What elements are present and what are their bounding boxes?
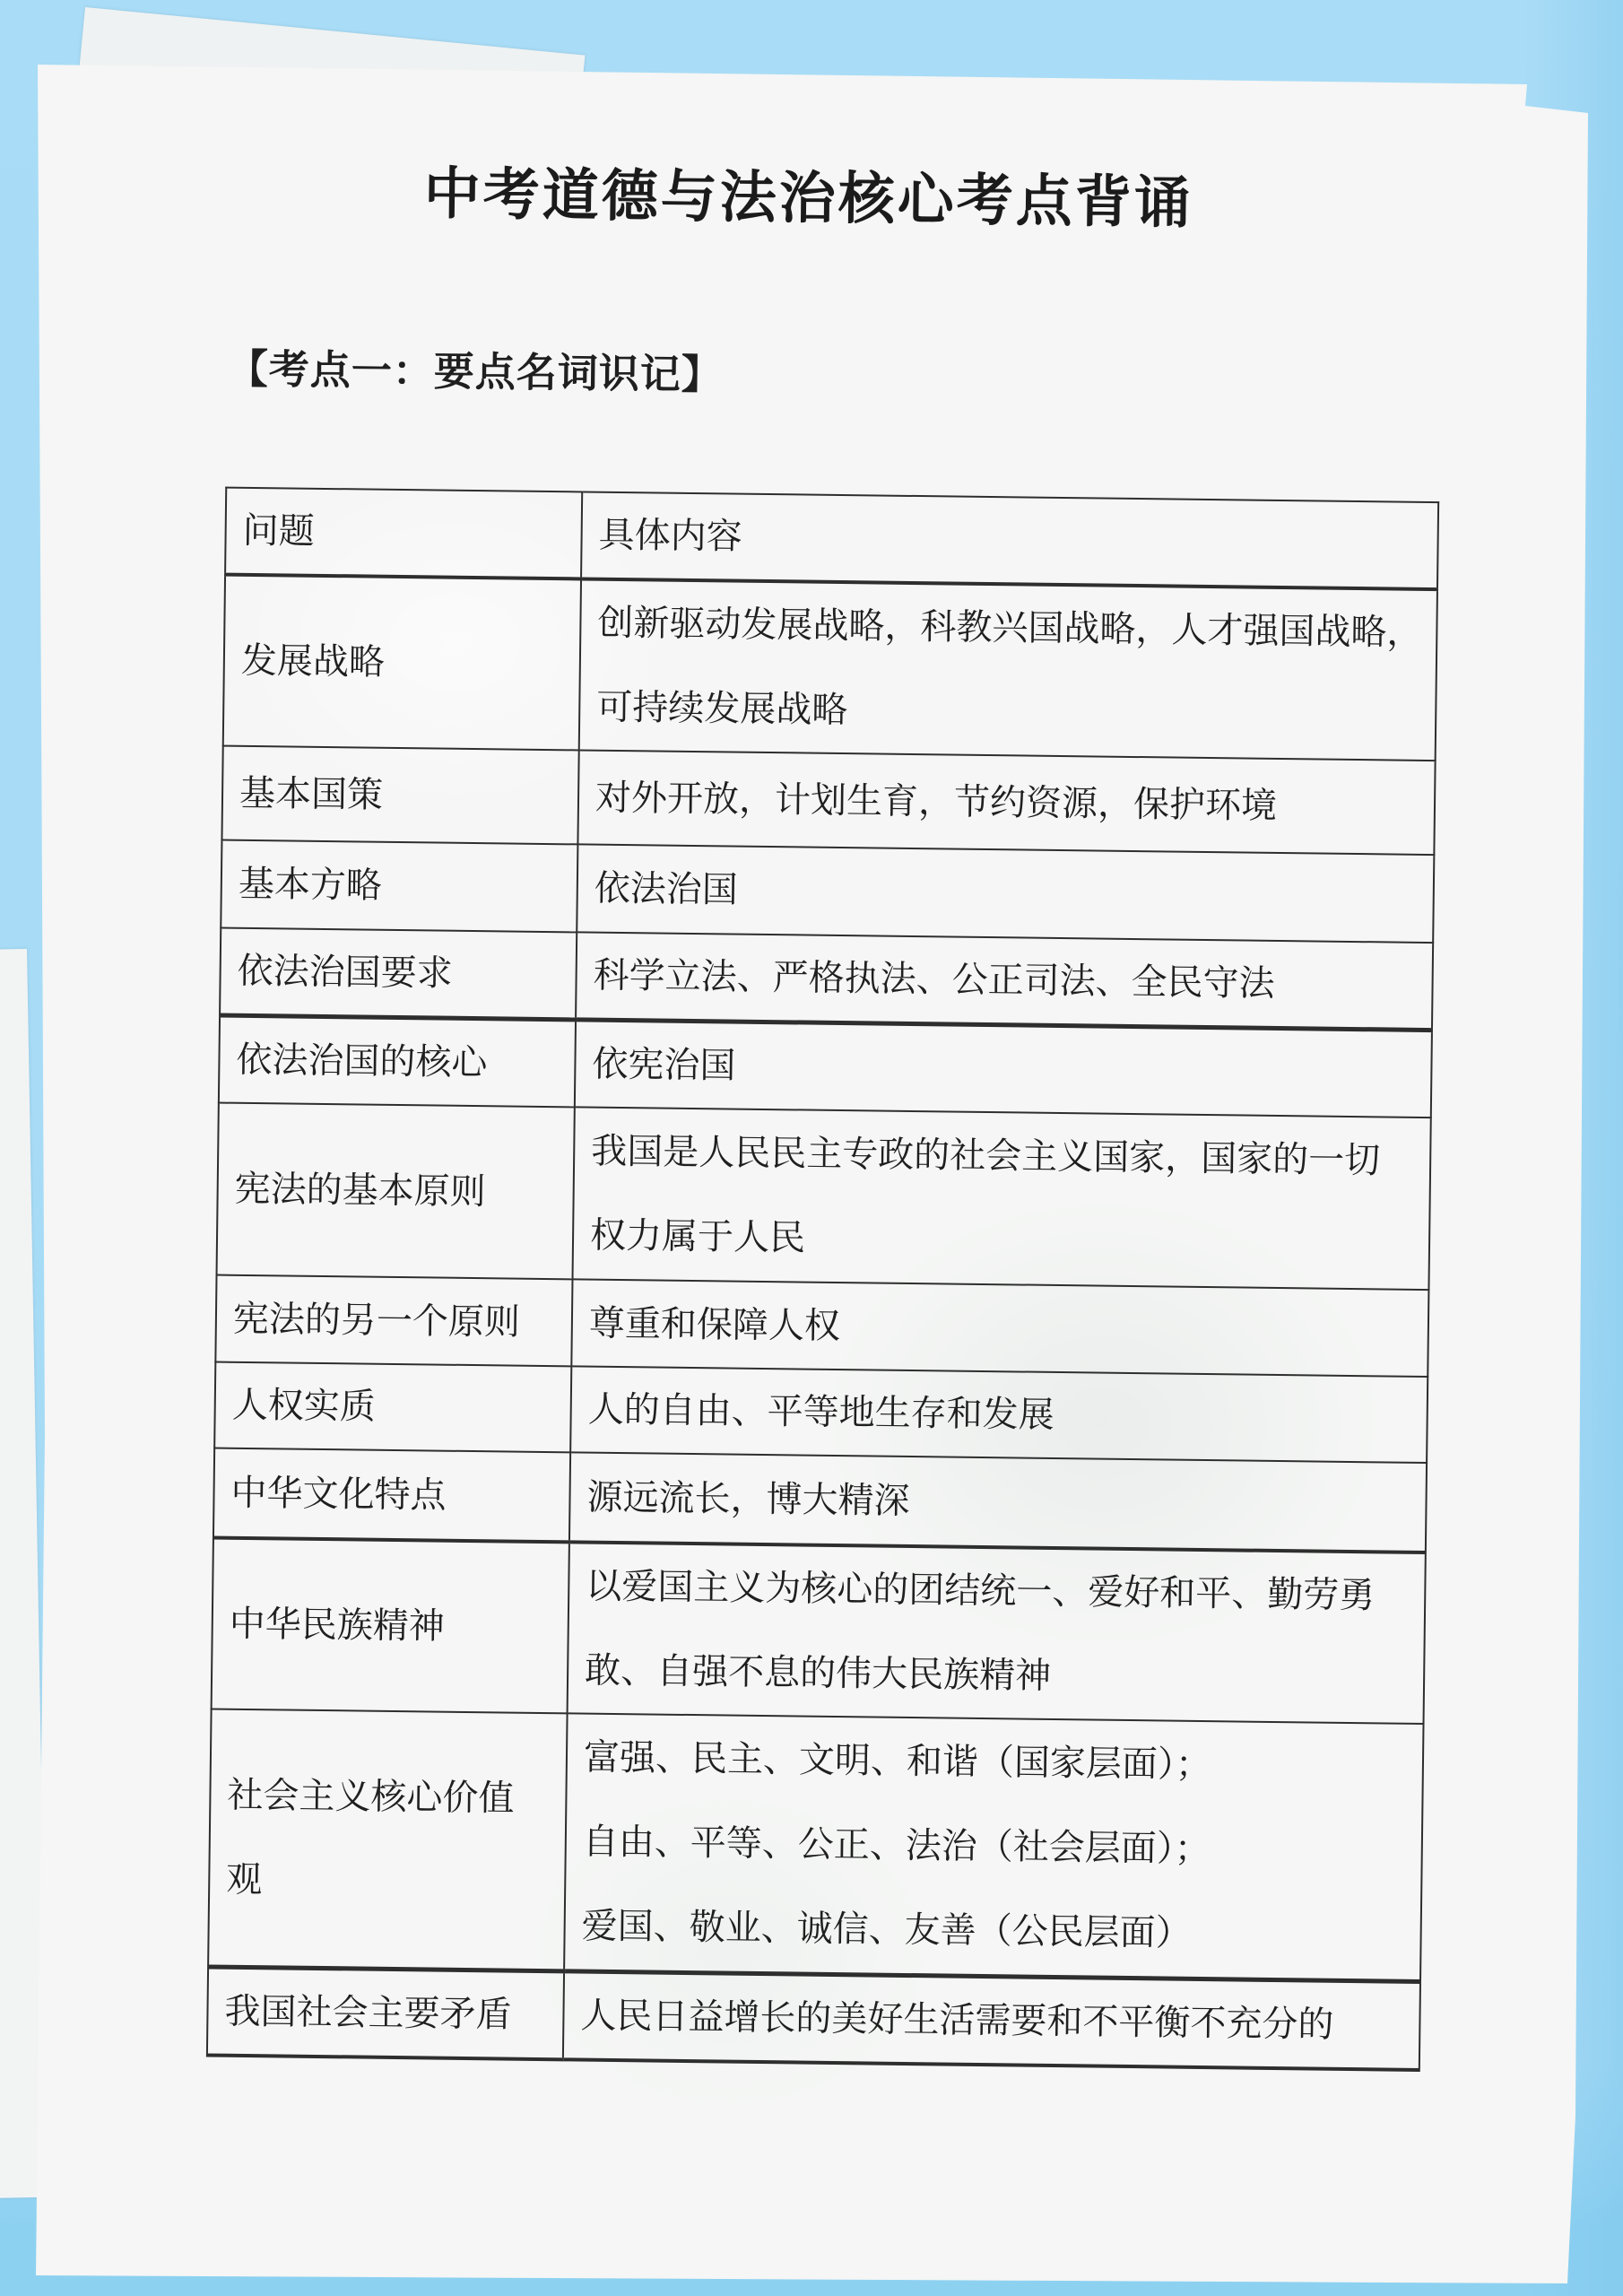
table-row: 发展战略 创新驱动发展战略，科教兴国战略，人才强国战略， 可持续发展战略 xyxy=(223,575,1437,761)
table-row: 中华文化特点 源远流长，博大精深 xyxy=(213,1448,1427,1553)
table-header-row: 问题 具体内容 xyxy=(225,488,1438,590)
question-cell: 依法治国要求 xyxy=(220,928,577,1020)
page-title: 中考道德与法治核心考点背诵 xyxy=(36,143,1528,243)
question-cell: 我国社会主要矛盾 xyxy=(207,1966,564,2058)
page-content: 中考道德与法治核心考点背诵 【考点一：要点名词识记】 问题 具体内容 发展战略 … xyxy=(11,65,1529,2291)
question-cell: 中华民族精神 xyxy=(212,1538,569,1714)
content-cell: 依宪治国 xyxy=(575,1020,1432,1118)
question-cell: 基本方略 xyxy=(221,840,577,933)
table-row: 宪法的另一个原则 尊重和保障人权 xyxy=(215,1275,1428,1378)
content-cell: 人民日益增长的美好生活需要和不平衡不充分的 xyxy=(563,1970,1420,2069)
content-cell: 以爱国主义为核心的团结统一、爱好和平、勤劳勇 敢、自强不息的伟大民族精神 xyxy=(568,1542,1426,1724)
scanned-document-screen: 中考道德与法治核心考点背诵 【考点一：要点名词识记】 问题 具体内容 发展战略 … xyxy=(0,0,1623,2296)
table-row: 基本国策 对外开放，计划生育，节约资源，保护环境 xyxy=(221,746,1435,856)
section-heading: 【考点一：要点名词识记】 xyxy=(228,336,724,401)
table-row: 依法治国要求 科学立法、严格执法、公正司法、全民守法 xyxy=(220,928,1433,1031)
question-cell: 宪法的另一个原则 xyxy=(215,1275,572,1367)
table-row: 中华民族精神 以爱国主义为核心的团结统一、爱好和平、勤劳勇 敢、自强不息的伟大民… xyxy=(212,1538,1426,1725)
table-row: 依法治国的核心 依宪治国 xyxy=(219,1015,1432,1118)
key-points-table: 问题 具体内容 发展战略 创新驱动发展战略，科教兴国战略，人才强国战略， 可持续… xyxy=(206,487,1439,2072)
content-cell: 我国是人民民主专政的社会主义国家，国家的一切 权力属于人民 xyxy=(572,1107,1430,1290)
table-row: 社会主义核心价值 观 富强、民主、文明、和谐（国家层面）； 自由、平等、公正、法… xyxy=(208,1709,1423,1981)
question-cell: 中华文化特点 xyxy=(213,1448,570,1543)
table-row: 我国社会主要矛盾 人民日益增长的美好生活需要和不平衡不充分的 xyxy=(207,1966,1420,2069)
question-cell: 发展战略 xyxy=(223,575,581,751)
table-row: 基本方略 依法治国 xyxy=(221,840,1434,944)
content-cell: 对外开放，计划生育，节约资源，保护环境 xyxy=(577,750,1435,855)
table-row: 人权实质 人的自由、平等地生存和发展 xyxy=(214,1362,1428,1464)
content-cell: 人的自由、平等地生存和发展 xyxy=(570,1366,1428,1463)
question-cell: 基本国策 xyxy=(221,746,578,845)
content-cell: 尊重和保障人权 xyxy=(571,1279,1428,1377)
question-cell: 社会主义核心价值 观 xyxy=(208,1709,567,1971)
content-cell: 创新驱动发展战略，科教兴国战略，人才强国战略， 可持续发展战略 xyxy=(579,578,1437,761)
content-header-cell: 具体内容 xyxy=(581,491,1438,589)
content-cell: 依法治国 xyxy=(577,844,1434,943)
document-page: 中考道德与法治核心考点背诵 【考点一：要点名词识记】 问题 具体内容 发展战略 … xyxy=(0,0,1623,2296)
question-cell: 依法治国的核心 xyxy=(219,1015,576,1107)
question-cell: 宪法的基本原则 xyxy=(217,1103,575,1280)
content-cell: 源远流长，博大精深 xyxy=(569,1452,1427,1552)
table-row: 宪法的基本原则 我国是人民民主专政的社会主义国家，国家的一切 权力属于人民 xyxy=(217,1103,1431,1291)
question-header-cell: 问题 xyxy=(225,488,582,579)
content-cell: 科学立法、严格执法、公正司法、全民守法 xyxy=(576,932,1433,1030)
content-cell: 富强、民主、文明、和谐（国家层面）； 自由、平等、公正、法治（社会层面）； 爱国… xyxy=(564,1713,1423,1981)
question-cell: 人权实质 xyxy=(214,1362,571,1453)
